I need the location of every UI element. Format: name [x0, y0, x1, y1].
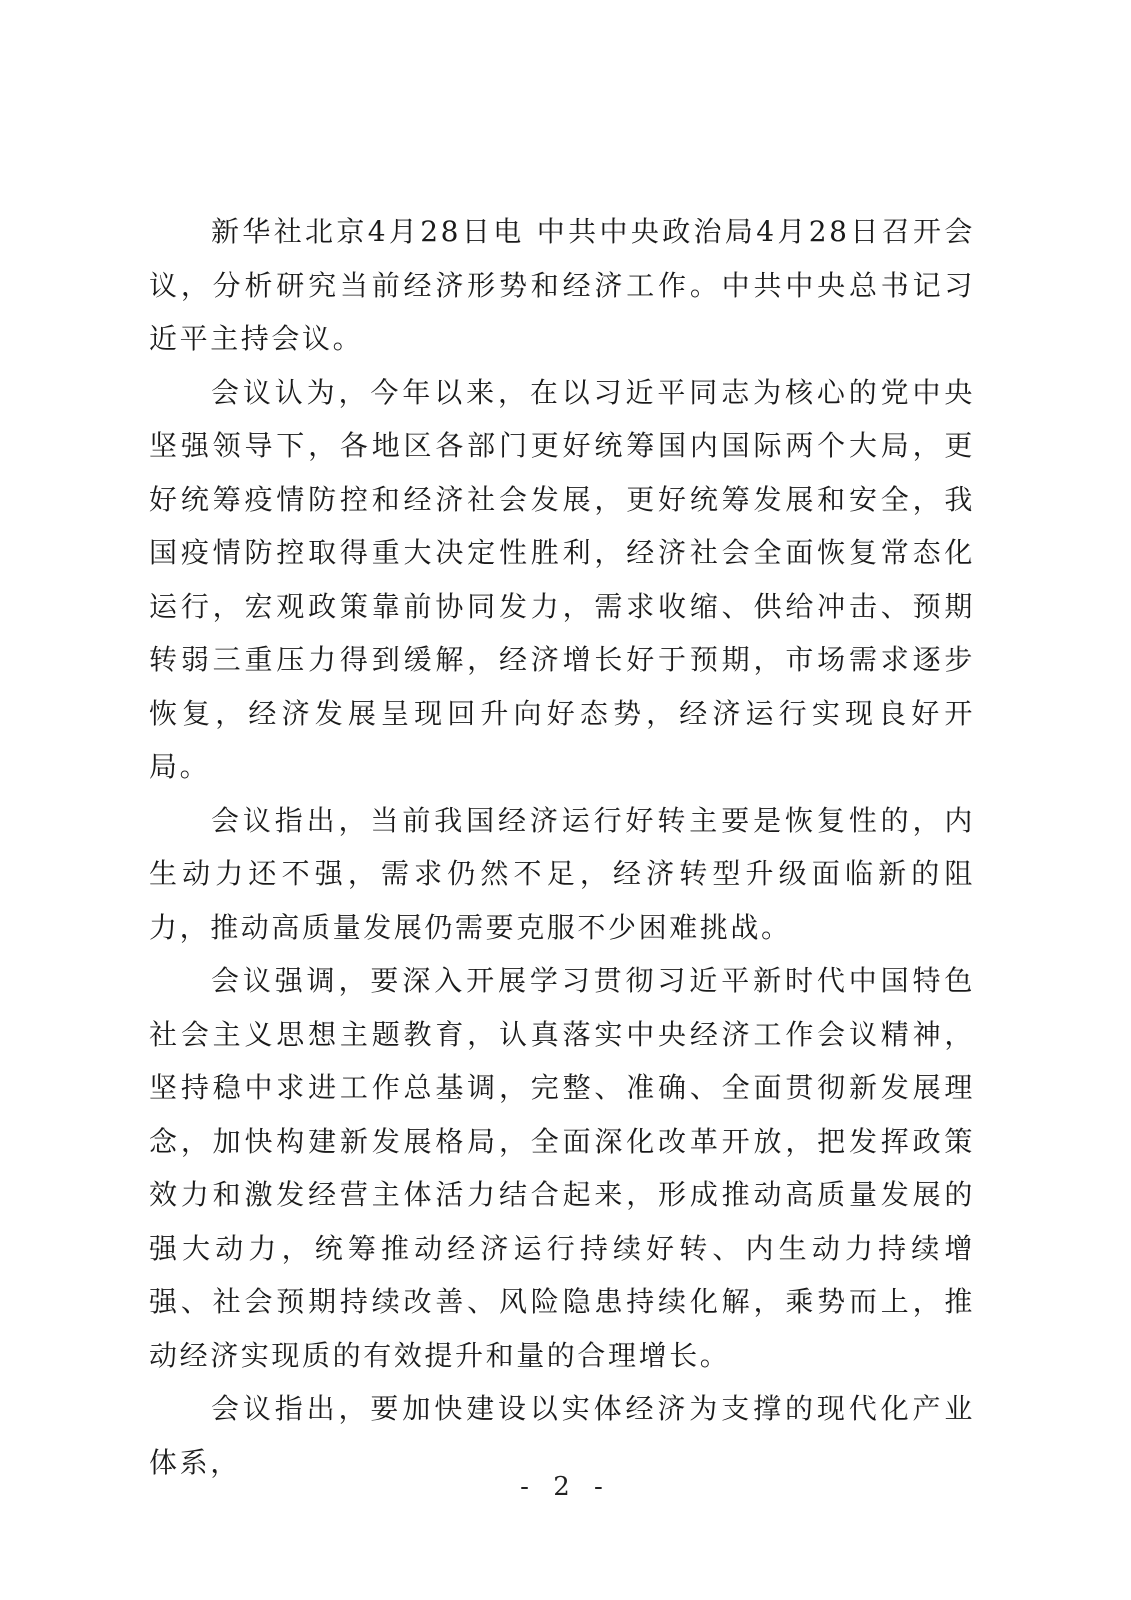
- paragraph-emphasis: 会议强调，要深入开展学习贯彻习近平新时代中国特色社会主义思想主题教育，认真落实中…: [149, 954, 975, 1382]
- document-body: 新华社北京4月28日电 中共中央政治局4月28日召开会议，分析研究当前经济形势和…: [149, 205, 975, 1489]
- page-number: - 2 -: [0, 1472, 1131, 1502]
- paragraph-assessment: 会议认为，今年以来，在以习近平同志为核心的党中央坚强领导下，各地区各部门更好统筹…: [149, 366, 975, 794]
- paragraph-challenges: 会议指出，当前我国经济运行好转主要是恢复性的，内生动力还不强，需求仍然不足，经济…: [149, 794, 975, 955]
- document-page: 新华社北京4月28日电 中共中央政治局4月28日召开会议，分析研究当前经济形势和…: [0, 0, 1131, 1600]
- paragraph-dateline: 新华社北京4月28日电 中共中央政治局4月28日召开会议，分析研究当前经济形势和…: [149, 205, 975, 366]
